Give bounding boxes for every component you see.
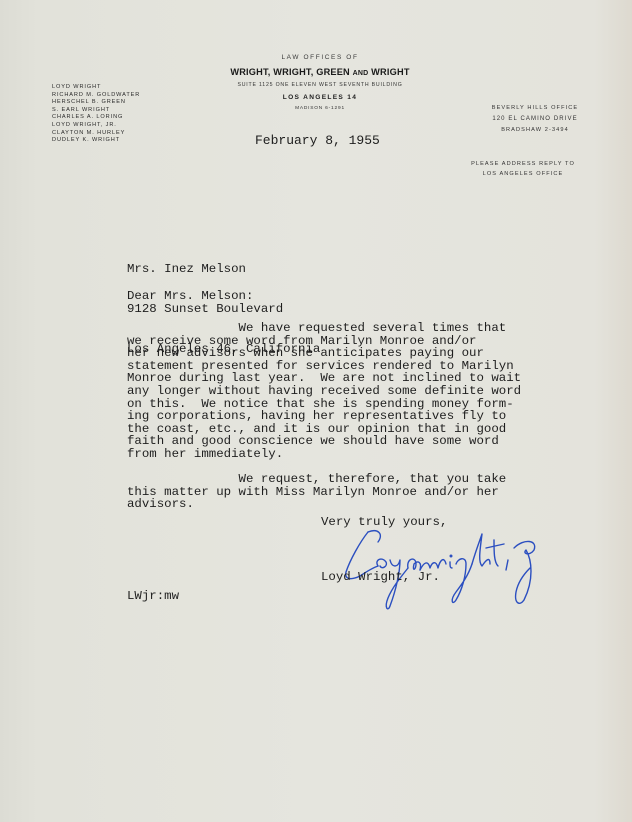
- partners-list: LOYD WRIGHT RICHARD M. GOLDWATER HERSCHE…: [52, 84, 140, 145]
- city: LOS ANGELES 14: [190, 94, 450, 101]
- paragraph-line: any longer without having received some …: [127, 385, 521, 398]
- reference-initials: LWjr:mw: [127, 590, 179, 603]
- salutation: Dear Mrs. Melson:: [127, 290, 253, 303]
- letter-page: LOYD WRIGHT RICHARD M. GOLDWATER HERSCHE…: [0, 0, 632, 822]
- partner-name: S. EARL WRIGHT: [52, 107, 140, 115]
- partner-name: LOYD WRIGHT: [52, 84, 140, 92]
- paragraph-line: We request, therefore, that you take: [127, 473, 506, 486]
- paragraph-line: ing corporations, having her representat…: [127, 410, 521, 423]
- paragraph-line: We have requested several times that: [127, 322, 521, 335]
- branch-name: BEVERLY HILLS OFFICE: [470, 103, 600, 114]
- partner-name: RICHARD M. GOLDWATER: [52, 92, 140, 100]
- branch-phone: BRADSHAW 2-3494: [470, 125, 600, 136]
- branch-office: BEVERLY HILLS OFFICE 120 EL CAMINO DRIVE…: [470, 103, 600, 136]
- partner-name: DUDLEY K. WRIGHT: [52, 137, 140, 145]
- branch-address: 120 EL CAMINO DRIVE: [470, 114, 600, 125]
- signer-name: Loyd Wright, Jr.: [321, 571, 440, 584]
- reply-note-line: PLEASE ADDRESS REPLY TO: [448, 160, 598, 170]
- phone: MADISON 6-1291: [190, 106, 450, 111]
- partner-name: LOYD WRIGHT, JR.: [52, 122, 140, 130]
- offices-of-label: LAW OFFICES OF: [190, 54, 450, 61]
- reply-note: PLEASE ADDRESS REPLY TO LOS ANGELES OFFI…: [448, 160, 598, 179]
- body-paragraph-2: We request, therefore, that you takethis…: [127, 473, 506, 511]
- body-paragraph-1: We have requested several times thatwe r…: [127, 322, 521, 461]
- recipient-line: 9128 Sunset Boulevard: [127, 303, 320, 316]
- letterhead-center: LAW OFFICES OF WRIGHT, WRIGHT, GREEN AND…: [190, 54, 450, 111]
- paragraph-line: from her immediately.: [127, 448, 521, 461]
- paragraph-line: advisors.: [127, 498, 506, 511]
- partner-name: CHARLES A. LORING: [52, 114, 140, 122]
- suite-address: SUITE 1125 ONE ELEVEN WEST SEVENTH BUILD…: [190, 82, 450, 88]
- partner-name: HERSCHEL B. GREEN: [52, 99, 140, 107]
- letter-date: February 8, 1955: [255, 135, 380, 148]
- partner-name: CLAYTON M. HURLEY: [52, 130, 140, 138]
- paragraph-line: her new advisors when she anticipates pa…: [127, 347, 521, 360]
- recipient-line: Mrs. Inez Melson: [127, 263, 320, 276]
- firm-name-part: WRIGHT: [368, 67, 409, 77]
- firm-name-and: AND: [353, 70, 369, 77]
- reply-note-line: LOS ANGELES OFFICE: [448, 170, 598, 180]
- firm-name: WRIGHT, WRIGHT, GREEN AND WRIGHT: [190, 67, 450, 77]
- firm-name-part: WRIGHT, WRIGHT, GREEN: [230, 67, 352, 77]
